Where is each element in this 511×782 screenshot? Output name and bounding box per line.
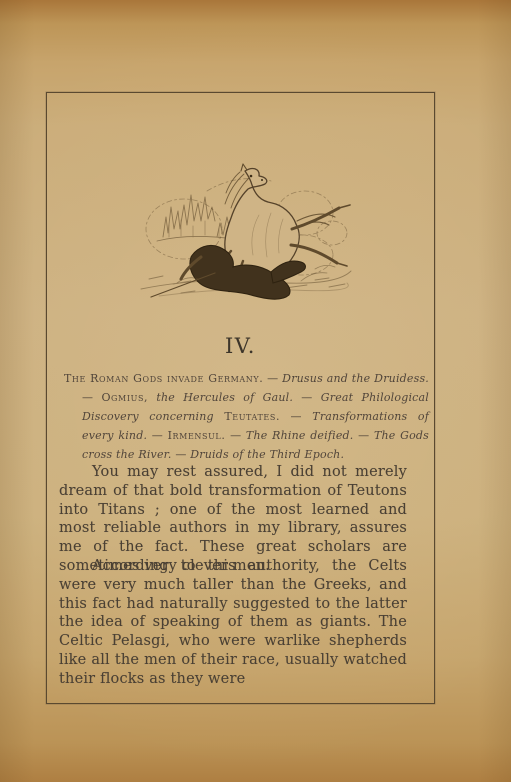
summary-segment: Irmensul. <box>168 429 226 442</box>
scanned-book-page: { "colors": { "page_background": "#cbae7… <box>0 0 511 782</box>
body-paragraph-2: According to this authority, the Celts w… <box>59 557 407 689</box>
summary-dash: — <box>172 448 191 461</box>
summary-segment: the Hercules of Gaul. <box>148 391 293 404</box>
summary-segment: Teutates. <box>224 410 280 423</box>
page-frame: IV. The Roman Gods invade Germany. — Dru… <box>46 92 435 704</box>
chapter-number: IV. <box>47 334 434 358</box>
summary-dash: — <box>263 372 282 385</box>
summary-dash: — <box>354 429 374 442</box>
summary-dash: — <box>82 391 101 404</box>
chapter-summary: The Roman Gods invade Germany. — Drusus … <box>64 369 429 464</box>
horse-illustration-svg <box>129 163 361 305</box>
summary-dash: — <box>293 391 321 404</box>
horse-throwing-rider-illustration <box>129 163 361 305</box>
summary-segment: Druids of the Third Epoch. <box>190 448 344 461</box>
summary-segment: The Rhine deified. <box>246 429 354 442</box>
horse-body <box>225 169 299 276</box>
summary-dash: — <box>147 429 167 442</box>
summary-dash: — <box>225 429 245 442</box>
summary-dash: — <box>280 410 312 423</box>
summary-segment: Ogmius, <box>101 391 148 404</box>
summary-segment: The Roman Gods invade Germany. <box>64 372 263 385</box>
summary-segment: Drusus and the Druidess. <box>282 372 429 385</box>
